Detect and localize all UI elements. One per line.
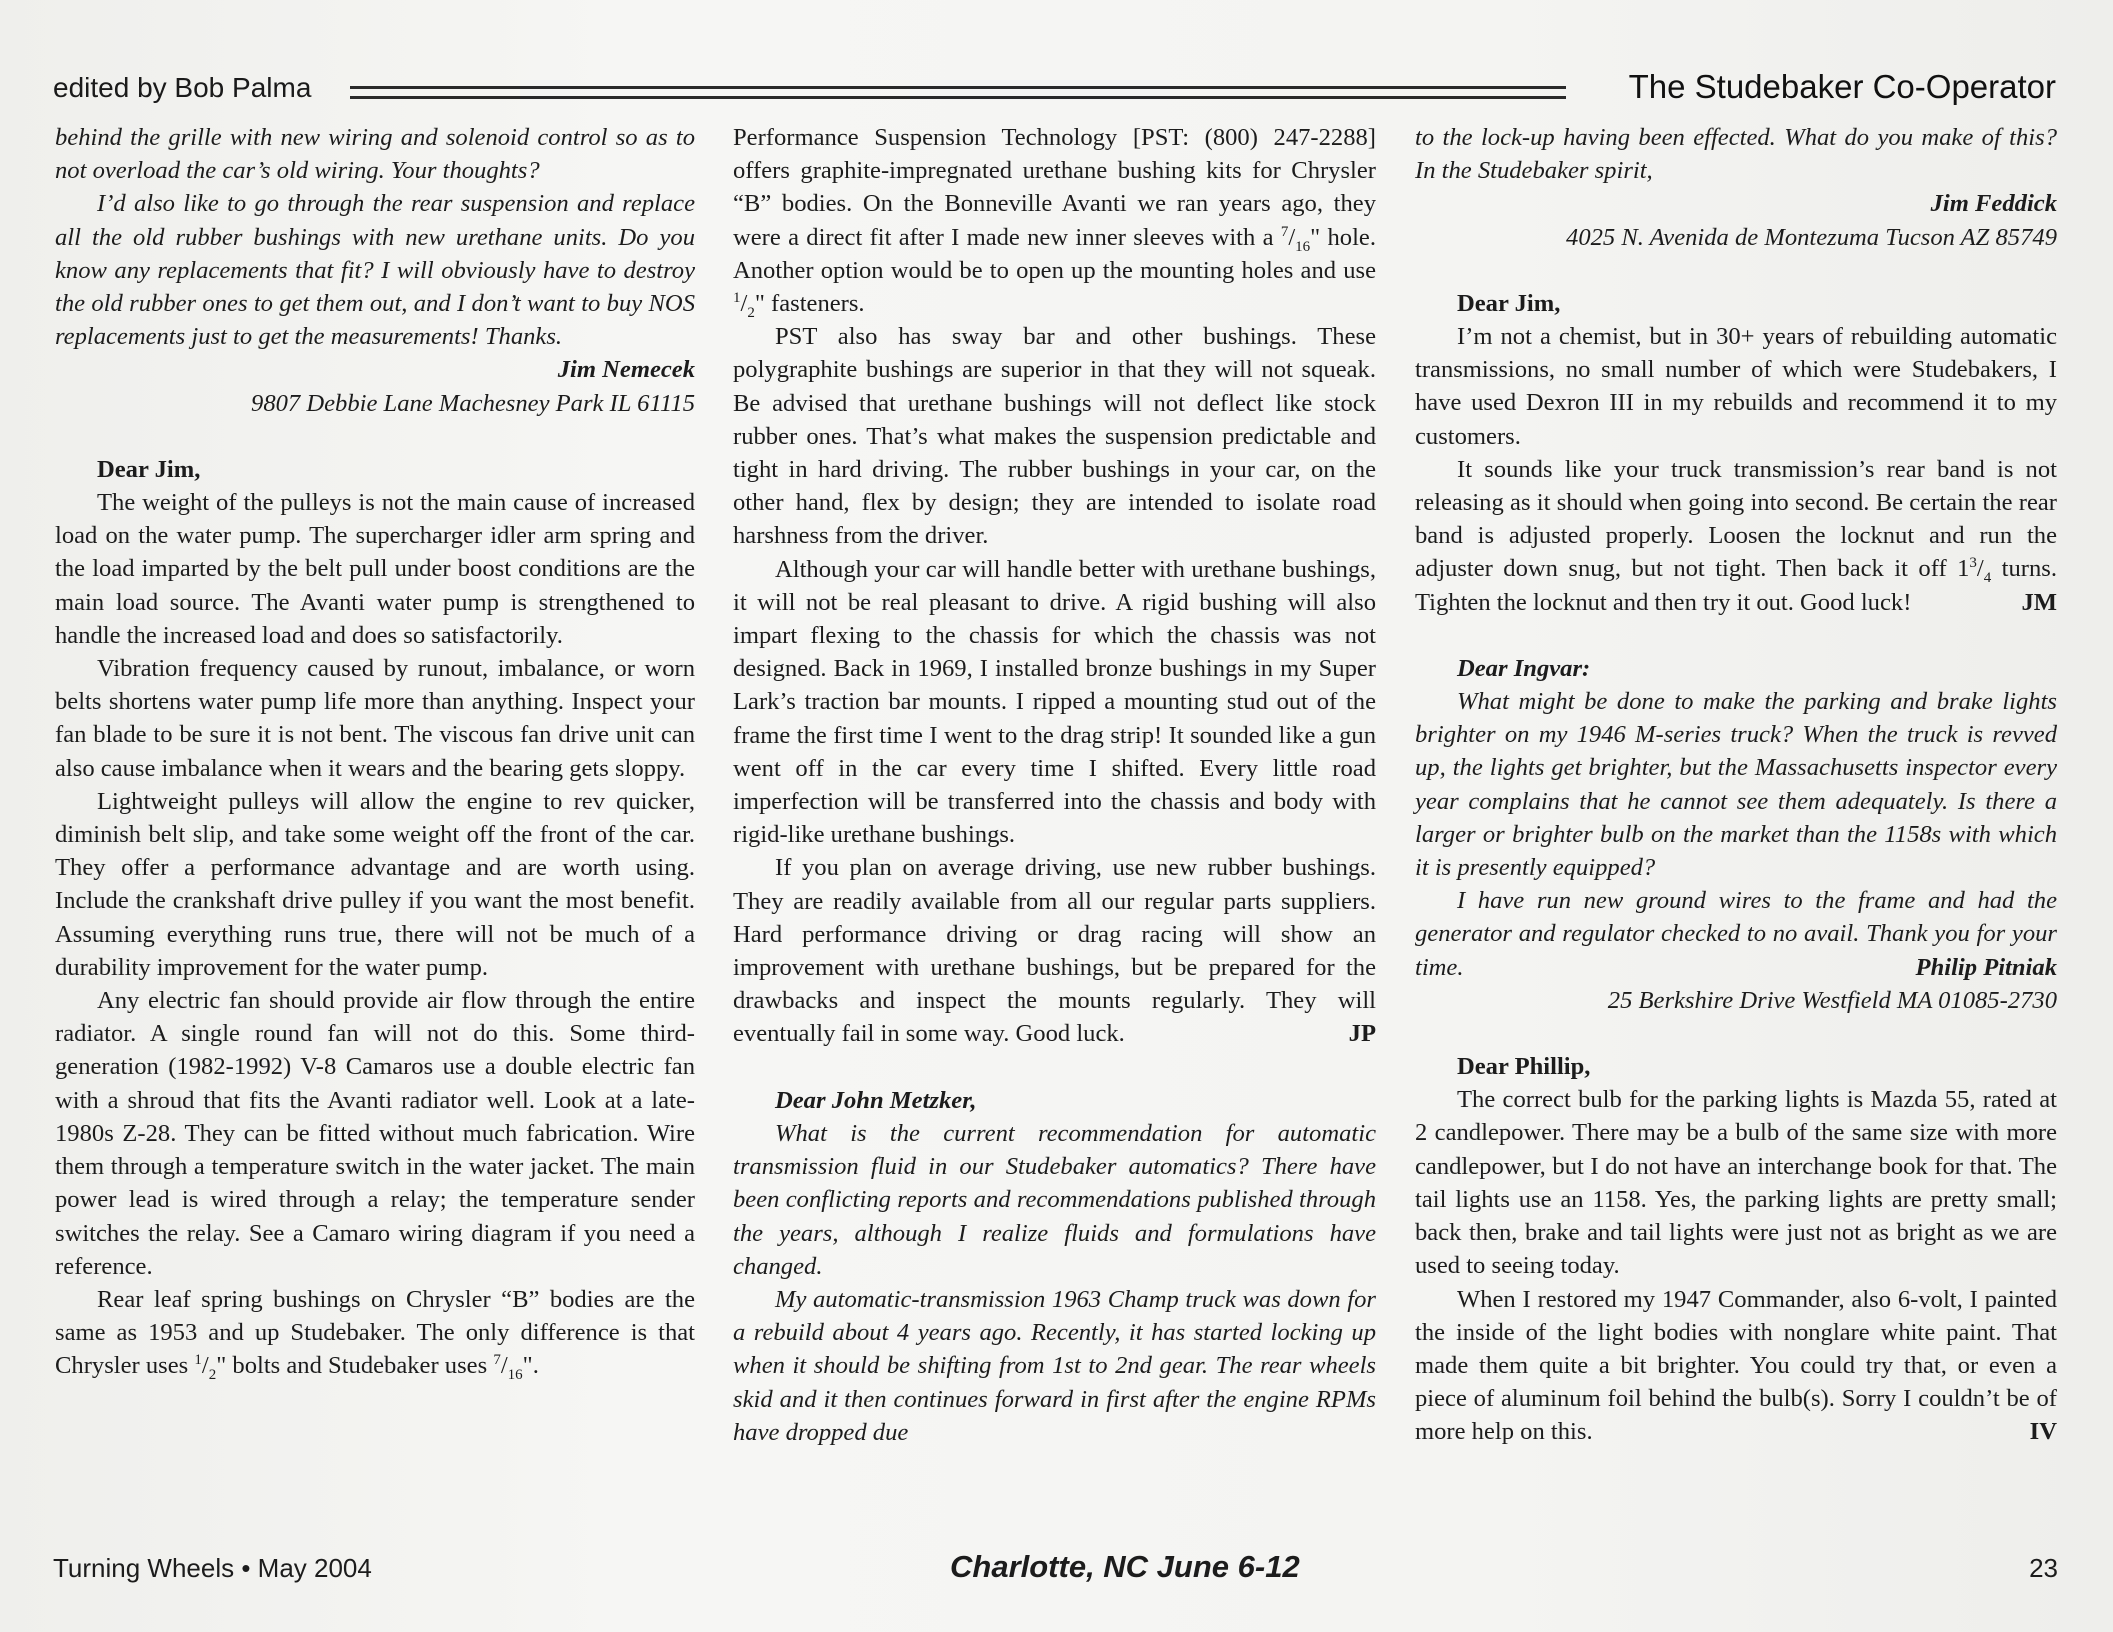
reply-salutation: Dear Jim, bbox=[1415, 287, 2057, 320]
fraction-numerator: 1 bbox=[733, 290, 741, 306]
reply-paragraph: PST also has sway bar and other bushings… bbox=[733, 320, 1376, 552]
responder-initials: JP bbox=[1307, 1017, 1376, 1050]
reply-salutation: Dear Phillip, bbox=[1415, 1050, 2057, 1083]
letter-address: 25 Berkshire Drive Westfield MA 01085-27… bbox=[1415, 984, 2057, 1017]
reply-paragraph: Vibration frequency caused by runout, im… bbox=[55, 652, 695, 785]
letter-signer: Jim Feddick bbox=[1415, 187, 2057, 220]
footer-event-promo: Charlotte, NC June 6-12 bbox=[950, 1549, 1300, 1585]
reply-salutation: Dear Jim, bbox=[55, 453, 695, 486]
letter-paragraph: My automatic-transmission 1963 Champ tru… bbox=[733, 1283, 1376, 1449]
letter-paragraph: What is the current recommendation for a… bbox=[733, 1117, 1376, 1283]
letter-salutation: Dear John Metzker, bbox=[733, 1084, 1376, 1117]
spacer bbox=[733, 1051, 1376, 1084]
text-run: If you plan on average driving, use new … bbox=[733, 854, 1376, 1047]
magazine-page: edited by Bob Palma The Studebaker Co-Op… bbox=[0, 0, 2113, 1632]
reply-paragraph: The correct bulb for the parking lights … bbox=[1415, 1083, 2057, 1282]
reply-paragraph: Although your car will handle better wit… bbox=[733, 553, 1376, 852]
text-run: ". bbox=[523, 1352, 539, 1379]
letter-address: 4025 N. Avenida de Montezuma Tucson AZ 8… bbox=[1415, 221, 2057, 254]
letter-salutation: Dear Ingvar: bbox=[1415, 652, 2057, 685]
fraction-denominator: 16 bbox=[508, 1367, 523, 1383]
letter-paragraph: I have run new ground wires to the frame… bbox=[1415, 884, 2057, 984]
text-run: " bolts and Studebaker uses bbox=[216, 1352, 493, 1379]
reply-paragraph: It sounds like your truck transmission’s… bbox=[1415, 453, 2057, 619]
reply-paragraph: Rear leaf spring bushings on Chrysler “B… bbox=[55, 1283, 695, 1383]
reply-paragraph: I’m not a chemist, but in 30+ years of r… bbox=[1415, 320, 2057, 453]
page-number: 23 bbox=[2029, 1553, 2058, 1584]
responder-initials: IV bbox=[1988, 1415, 2057, 1448]
text-run: " fasteners. bbox=[755, 290, 865, 317]
fraction-numerator: 7 bbox=[1281, 223, 1289, 239]
reply-paragraph: Performance Suspension Technology [PST: … bbox=[733, 121, 1376, 320]
header-rule-bottom bbox=[350, 96, 1566, 99]
header-editor-credit: edited by Bob Palma bbox=[53, 72, 311, 104]
letter-continuation: to the lock-up having been effected. Wha… bbox=[1415, 121, 2057, 187]
reply-paragraph: The weight of the pulleys is not the mai… bbox=[55, 486, 695, 652]
spacer bbox=[55, 420, 695, 453]
column-right: to the lock-up having been effected. Wha… bbox=[1415, 121, 2057, 1449]
column-left: behind the grille with new wiring and so… bbox=[55, 121, 695, 1383]
letter-paragraph: I’d also like to go through the rear sus… bbox=[55, 187, 695, 353]
letter-address: 9807 Debbie Lane Machesney Park IL 61115 bbox=[55, 387, 695, 420]
letter-paragraph: What might be done to make the parking a… bbox=[1415, 685, 2057, 884]
fraction-denominator: 16 bbox=[1295, 239, 1310, 255]
header-rule-top bbox=[350, 86, 1566, 89]
column-middle: Performance Suspension Technology [PST: … bbox=[733, 121, 1376, 1449]
responder-initials: JM bbox=[1979, 586, 2057, 619]
text-run: It sounds like your truck transmission’s… bbox=[1415, 456, 2057, 583]
spacer bbox=[1415, 254, 2057, 287]
fraction-numerator: 1 bbox=[194, 1352, 202, 1368]
text-run: Performance Suspension Technology [PST: … bbox=[733, 124, 1376, 251]
footer-publication: Turning Wheels • May 2004 bbox=[53, 1553, 372, 1584]
reply-paragraph: When I restored my 1947 Commander, also … bbox=[1415, 1283, 2057, 1449]
fraction-denominator: 2 bbox=[747, 305, 755, 321]
text-run: When I restored my 1947 Commander, also … bbox=[1415, 1286, 2057, 1446]
fraction-numerator: 7 bbox=[493, 1352, 501, 1368]
header-column-title: The Studebaker Co-Operator bbox=[1629, 68, 2056, 106]
spacer bbox=[1415, 1017, 2057, 1050]
letter-signer: Jim Nemecek bbox=[55, 353, 695, 386]
reply-paragraph: If you plan on average driving, use new … bbox=[733, 851, 1376, 1050]
reply-paragraph: Lightweight pulleys will allow the engin… bbox=[55, 785, 695, 984]
letter-signer: Philip Pitniak bbox=[1874, 951, 2057, 984]
letter-continuation: behind the grille with new wiring and so… bbox=[55, 121, 695, 187]
fraction-numerator: 3 bbox=[1969, 555, 1977, 571]
spacer bbox=[1415, 619, 2057, 652]
reply-paragraph: Any electric fan should provide air flow… bbox=[55, 984, 695, 1283]
